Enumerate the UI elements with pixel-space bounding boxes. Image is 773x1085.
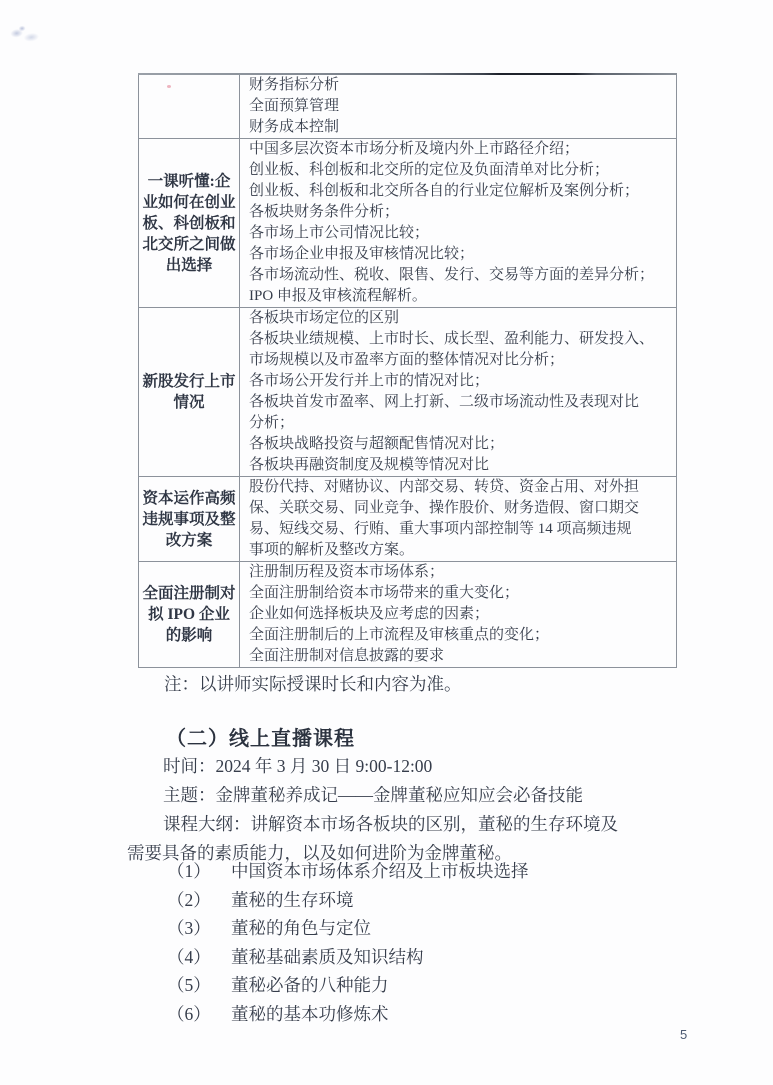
item-number: （4） xyxy=(167,944,231,969)
item-number: （2） xyxy=(167,887,231,912)
item-text: 董秘基础素质及知识结构 xyxy=(231,944,424,969)
content-line: 各板块再融资制度及规模等情况对比 xyxy=(249,455,672,476)
content-line: 各市场上市公司情况比较； xyxy=(249,223,672,244)
table-row-board-choice: 一课听懂:企业如何在创业板、科创板和北交所之间做出选择 中国多层次资本市场分析及… xyxy=(139,139,676,308)
header-cell xyxy=(139,75,240,138)
content-line: 各板块首发市盈率、网上打新、二级市场流动性及表现对比 xyxy=(249,392,672,413)
item-text: 董秘必备的八种能力 xyxy=(231,972,389,997)
content-cell: 中国多层次资本市场分析及境内外上市路径介绍； 创业板、科创板和北交所的定位及负面… xyxy=(240,139,676,307)
content-cell: 财务指标分析 全面预算管理 财务成本控制 xyxy=(240,75,676,138)
outline-item: （5） 董秘必备的八种能力 xyxy=(167,972,529,1001)
document-page: 财务指标分析 全面预算管理 财务成本控制 一课听懂:企业如何在创业板、科创板和北… xyxy=(0,0,773,1085)
topic-line: 主题：金牌董秘养成记——金牌董秘应知应会必备技能 xyxy=(163,782,583,807)
item-number: （3） xyxy=(167,915,231,940)
item-text: 董秘的基本功修炼术 xyxy=(231,1001,389,1026)
header-cell: 一课听懂:企业如何在创业板、科创板和北交所之间做出选择 xyxy=(139,139,240,307)
content-line: 全面注册制对信息披露的要求 xyxy=(249,646,672,667)
table-row-violations: 资本运作高频违规事项及整改方案 股份代持、对赌协议、内部交易、转贷、资金占用、对… xyxy=(139,477,676,562)
content-cell: 注册制历程及资本市场体系； 全面注册制给资本市场带来的重大变化； 企业如何选择板… xyxy=(240,562,676,667)
content-line: 财务指标分析 xyxy=(249,75,672,96)
content-line: 各板块战略投资与超额配售情况对比； xyxy=(249,434,672,455)
item-number: （1） xyxy=(167,858,231,883)
page-number: 5 xyxy=(680,1027,687,1042)
course-table: 财务指标分析 全面预算管理 财务成本控制 一课听懂:企业如何在创业板、科创板和北… xyxy=(138,75,677,668)
content-line: 全面预算管理 xyxy=(249,96,672,117)
content-cell: 股份代持、对赌协议、内部交易、转贷、资金占用、对外担 保、关联交易、同业竞争、操… xyxy=(240,477,676,561)
outline-list: （1） 中国资本市场体系介绍及上市板块选择 （2） 董秘的生存环境 （3） 董秘… xyxy=(167,858,529,1030)
content-line: 各板块财务条件分析； xyxy=(249,202,672,223)
content-line: IPO 申报及审核流程解析。 xyxy=(249,286,672,307)
scan-smudge xyxy=(6,21,47,48)
content-line: 各市场企业申报及审核情况比较； xyxy=(249,244,672,265)
outline-line-1: 课程大纲：讲解资本市场各板块的区别，董秘的生存环境及 xyxy=(163,811,618,836)
item-text: 董秘的角色与定位 xyxy=(231,915,371,940)
content-line: 易、短线交易、行贿、重大事项内部控制等 14 项高频违规 xyxy=(249,519,672,540)
table-row-continuation: 财务指标分析 全面预算管理 财务成本控制 xyxy=(139,75,676,139)
outline-item: （1） 中国资本市场体系介绍及上市板块选择 xyxy=(167,858,529,887)
table-top-border-smudge xyxy=(138,73,677,75)
content-line: 创业板、科创板和北交所各自的行业定位解析及案例分析； xyxy=(249,181,672,202)
content-line: 股份代持、对赌协议、内部交易、转贷、资金占用、对外担 xyxy=(249,477,672,498)
item-number: （5） xyxy=(167,972,231,997)
content-line: 各市场公开发行并上市的情况对比； xyxy=(249,371,672,392)
content-line: 事项的解析及整改方案。 xyxy=(249,540,672,561)
content-line: 创业板、科创板和北交所的定位及负面清单对比分析； xyxy=(249,160,672,181)
content-line: 各市场流动性、税收、限售、发行、交易等方面的差异分析； xyxy=(249,265,672,286)
outline-item: （4） 董秘基础素质及知识结构 xyxy=(167,944,529,973)
content-line: 财务成本控制 xyxy=(249,117,672,138)
content-line: 企业如何选择板块及应考虑的因素； xyxy=(249,604,672,625)
content-line: 注册制历程及资本市场体系； xyxy=(249,562,672,583)
content-line: 各板块业绩规模、上市时长、成长型、盈利能力、研发投入、 xyxy=(249,329,672,350)
header-cell: 新股发行上市情况 xyxy=(139,308,240,476)
content-line: 各板块市场定位的区别 xyxy=(249,308,672,329)
outline-item: （3） 董秘的角色与定位 xyxy=(167,915,529,944)
content-line: 全面注册制给资本市场带来的重大变化； xyxy=(249,583,672,604)
section-heading: （二）线上直播课程 xyxy=(166,722,355,751)
content-line: 分析； xyxy=(249,413,672,434)
table-row-registration-system: 全面注册制对拟 IPO 企业的影响 注册制历程及资本市场体系； 全面注册制给资本… xyxy=(139,562,676,667)
content-line: 保、关联交易、同业竞争、操作股价、财务造假、窗口期交 xyxy=(249,498,672,519)
item-text: 中国资本市场体系介绍及上市板块选择 xyxy=(231,858,529,883)
outline-item: （6） 董秘的基本功修炼术 xyxy=(167,1001,529,1030)
header-cell: 全面注册制对拟 IPO 企业的影响 xyxy=(139,562,240,667)
time-line: 时间：2024 年 3 月 30 日 9:00-12:00 xyxy=(163,753,432,778)
item-number: （6） xyxy=(167,1001,231,1026)
item-text: 董秘的生存环境 xyxy=(231,887,354,912)
header-cell: 资本运作高频违规事项及整改方案 xyxy=(139,477,240,561)
outline-item: （2） 董秘的生存环境 xyxy=(167,887,529,916)
note-text: 注：以讲师实际授课时长和内容为准。 xyxy=(164,671,462,696)
content-line: 全面注册制后的上市流程及审核重点的变化； xyxy=(249,625,672,646)
content-line: 市场规模以及市盈率方面的整体情况对比分析； xyxy=(249,350,672,371)
content-cell: 各板块市场定位的区别 各板块业绩规模、上市时长、成长型、盈利能力、研发投入、 市… xyxy=(240,308,676,476)
table-row-new-share-issue: 新股发行上市情况 各板块市场定位的区别 各板块业绩规模、上市时长、成长型、盈利能… xyxy=(139,308,676,477)
content-line: 中国多层次资本市场分析及境内外上市路径介绍； xyxy=(249,139,672,160)
